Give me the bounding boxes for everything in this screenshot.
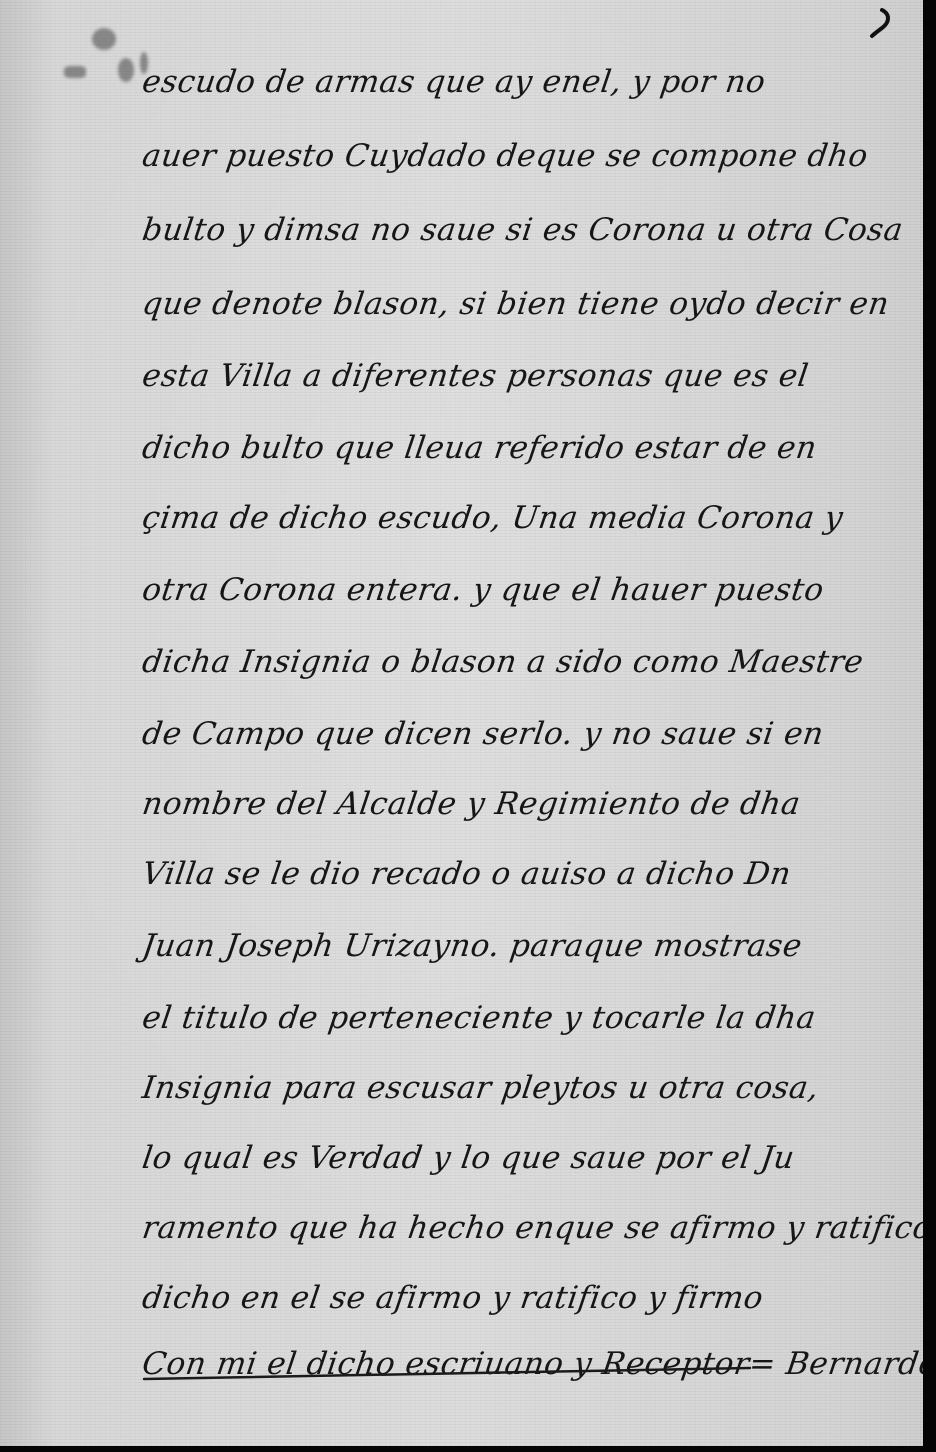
text-line-7: çima de dicho escudo, Una media Corona y (140, 500, 845, 536)
closing-rule-line (142, 1366, 752, 1382)
manuscript-text: escudo de armas que ay enel, y por no au… (0, 0, 923, 1446)
text-line-16: lo qual es Verdad y lo que saue por el J… (140, 1140, 797, 1176)
text-line-15: Insignia para escusar pleytos u otra cos… (140, 1070, 821, 1106)
text-line-8: otra Corona entera. y que el hauer puest… (140, 572, 826, 608)
text-line-17: ramento que ha hecho enque se afirmo y r… (140, 1210, 934, 1246)
scan-border-right (923, 0, 936, 1452)
text-line-1: escudo de armas que ay enel, y por no (140, 64, 768, 100)
text-line-9: dicha Insignia o blason a sido como Maes… (140, 644, 866, 680)
text-line-2: auer puesto Cuydado deque se compone dho (140, 138, 870, 174)
text-line-11: nombre del Alcalde y Regimiento de dha (140, 786, 803, 822)
text-line-14: el titulo de perteneciente y tocarle la … (140, 1000, 818, 1036)
text-line-10: de Campo que dicen serlo. y no saue si e… (140, 716, 826, 752)
text-line-18: dicho en el se afirmo y ratifico y firmo (140, 1280, 766, 1316)
manuscript-page: escudo de armas que ay enel, y por no au… (0, 0, 923, 1446)
text-line-3: bulto y dimsa no saue si es Corona u otr… (140, 212, 905, 248)
text-line-12: Villa se le dio recado o auiso a dicho D… (140, 856, 793, 892)
text-line-5: esta Villa a diferentes personas que es … (140, 358, 811, 394)
text-line-13: Juan Joseph Urizayno. paraque mostrase (140, 928, 804, 964)
text-line-4: que denote blason, si bien tiene oydo de… (140, 286, 892, 322)
scan-border-bottom (0, 1446, 936, 1452)
text-line-6: dicho bulto que lleua referido estar de … (140, 430, 819, 466)
